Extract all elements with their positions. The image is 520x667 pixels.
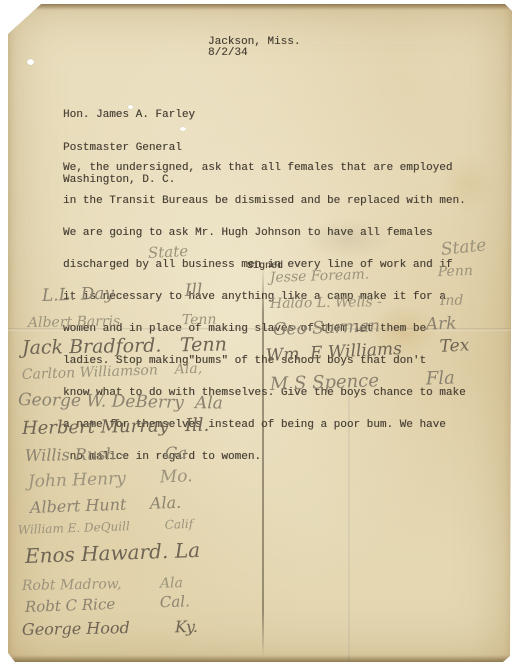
signature-state: Ala, <box>174 361 202 378</box>
signature-name: George W. DeBerry <box>18 390 184 413</box>
signature-state: Ala. <box>150 493 182 513</box>
signature-state: Mo. <box>160 466 193 487</box>
signature-state: Ala <box>195 393 223 413</box>
signature-state: Fla <box>425 368 455 390</box>
signature-row: George W. DeBerryAla <box>18 390 184 417</box>
paper: Jackson, Miss.8/2/34 Hon. James A. Farle… <box>8 4 512 662</box>
letter-body-line: no malice in regard to women. <box>63 452 487 463</box>
signature-name: M S Spence <box>270 370 380 395</box>
signature-row: Jesse Foream.Penn <box>270 267 370 294</box>
signature-name: Willis Rush - <box>25 444 127 465</box>
signature-name: George Hood <box>22 618 130 639</box>
signature-row: Enos Haward.La <box>25 539 169 568</box>
signature-state: Tex <box>439 335 470 357</box>
signature-state: Tenn <box>180 333 227 356</box>
signature-name: Jesse Foream. <box>270 267 370 286</box>
signature-row: Willis Rush -Ga <box>25 444 127 470</box>
letter-body-line: We are going to ask Mr. Hugh Johnson to … <box>63 228 487 239</box>
recipient-line: Hon. James A. Farley <box>63 110 195 121</box>
signature-row: Carlton WilliamsonAla, <box>22 362 159 391</box>
signature-name: Robt Madrow, <box>22 576 122 594</box>
signature-name: William E. DeQuill <box>18 519 130 537</box>
signature-name: Carlton Williamson <box>22 362 159 383</box>
scanned-letter-image: Jackson, Miss.8/2/34 Hon. James A. Farle… <box>0 0 520 667</box>
signature-state: Ark <box>425 314 456 335</box>
signature-name: Haldo L. Wells - <box>270 294 382 312</box>
signature-state: Ill. <box>185 415 210 436</box>
signature-row: M S SpenceFla <box>270 370 380 398</box>
signature-state: La <box>174 538 200 563</box>
signature-row: John HenryMo. <box>28 469 127 496</box>
dateline-date: 8/2/34 <box>208 47 248 59</box>
signature-state: Calif <box>164 517 193 532</box>
signature-name: Albert Hunt <box>30 495 127 517</box>
signature-name: John Henry <box>28 469 127 492</box>
signature-state: Ind <box>440 293 464 309</box>
signature-row: L.L. DayIll <box>42 283 115 310</box>
letter-body-line: We, the undersigned, ask that all female… <box>63 163 487 174</box>
signature-state: Cal. <box>159 592 190 611</box>
signature-state: Ga <box>165 443 188 462</box>
signature-row: Herbert MurrayIll. <box>22 415 169 442</box>
signature-name: Geo Surman <box>273 316 381 340</box>
signature-name: Albert Barris <box>28 313 121 331</box>
dateline: Jackson, Miss.8/2/34 <box>208 37 300 58</box>
paper-speck <box>27 59 34 65</box>
signature-name: Robt C Rice <box>25 595 116 616</box>
signature-name: Herbert Murray <box>22 415 169 439</box>
signature-name: L.L. Day <box>42 283 115 306</box>
signature-state: Tenn <box>182 312 217 329</box>
signature-row: Jack Bradford.Tenn <box>22 335 162 361</box>
signature-name: Enos Haward. <box>25 539 169 568</box>
signature-state: Ill <box>184 280 202 301</box>
signature-state: Ala <box>160 575 183 591</box>
letter-body-line: in the Transit Bureaus be dismissed and … <box>63 196 487 207</box>
signature-row: Albert HuntAla. <box>30 495 127 522</box>
signature-state: Penn <box>437 263 473 280</box>
signature-row: George HoodKy. <box>22 618 130 644</box>
state-label-left: State <box>148 242 189 262</box>
signature-state: Ky. <box>175 617 198 636</box>
signature-name: Jack Bradford. <box>22 335 162 359</box>
